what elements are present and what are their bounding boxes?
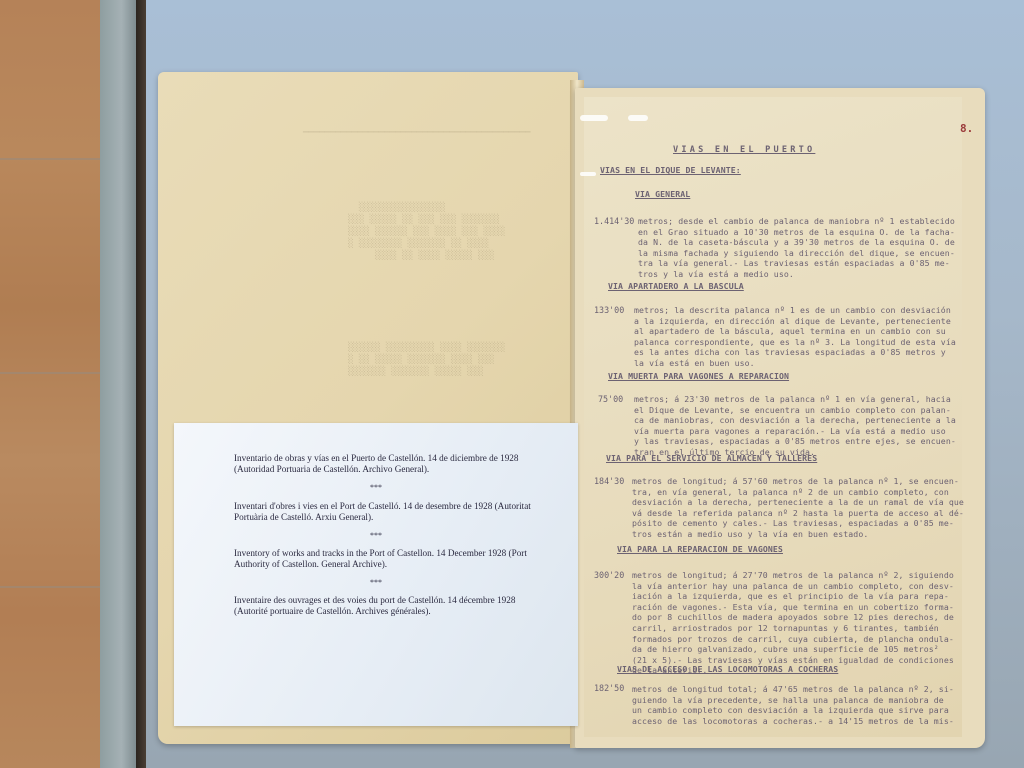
page-number: 8.	[960, 122, 973, 135]
label-catalan: Inventari d'obres i vies en el Port de C…	[234, 501, 534, 523]
floor-tiles	[0, 0, 100, 768]
tile-joint	[0, 586, 100, 588]
entry-length: 1.414'30	[594, 216, 634, 226]
entry-text: metros de longitud; á 57'60 metros de la…	[632, 476, 964, 540]
faded-typed-text: ░░░░░░ ░░░░░░░░░ ░░░░ ░░░░░░░ ░ ░░ ░░░░░…	[348, 342, 505, 378]
label-separator: ***	[174, 483, 578, 492]
glass-reflection	[580, 172, 596, 176]
entry-heading: VIA APARTADERO A LA BASCULA	[608, 281, 744, 292]
entry-text: metros de longitud total; á 47'65 metros…	[632, 684, 954, 726]
entry-text: metros; desde el cambio de palanca de ma…	[638, 216, 955, 280]
section-heading: VIAS EN EL DIQUE DE LEVANTE:	[600, 165, 741, 176]
tile-joint	[0, 372, 100, 374]
exhibit-label-card: Inventario de obras y vías en el Puerto …	[174, 423, 578, 726]
entry-length: 133'00	[594, 305, 624, 315]
document-title: VIAS EN EL PUERTO	[673, 145, 815, 156]
entry-length: 75'00	[598, 394, 623, 404]
tile-joint	[0, 158, 100, 160]
entry-heading: VIAS DE ACCESO DE LAS LOCOMOTORAS A COCH…	[617, 664, 838, 675]
entry-text: metros de longitud; á 27'70 metros de la…	[632, 570, 954, 676]
label-separator: ***	[174, 578, 578, 587]
entry-heading: VIA PARA LA REPARACION DE VAGONES	[617, 544, 783, 555]
entry-heading: VIA PARA EL SERVICIO DE ALMACEN Y TALLER…	[606, 453, 817, 464]
faded-table-text: ────────────────────────────────────────…	[303, 127, 531, 139]
glass-reflection	[580, 115, 608, 121]
display-case-edge	[136, 0, 146, 768]
entry-length: 300'20	[594, 570, 624, 580]
entry-text: metros; la descrita palanca nº 1 es de u…	[634, 305, 956, 369]
entry-length: 182'50	[594, 683, 624, 693]
label-separator: ***	[174, 531, 578, 540]
entry-text: metros; á 23'30 metros de la palanca nº …	[634, 394, 956, 458]
entry-heading: VIA GENERAL	[635, 189, 690, 200]
label-french: Inventaire des ouvrages et des voies du …	[234, 595, 534, 617]
label-english: Inventory of works and tracks in the Por…	[234, 548, 534, 570]
display-case-frame	[100, 0, 136, 768]
faded-typed-text: ░░░░░░░░░░░░░░░░ ░░░ ░░░░░ ░░ ░░░ ░░░ ░░…	[348, 202, 505, 262]
glass-reflection	[628, 115, 648, 121]
entry-heading: VIA MUERTA PARA VAGONES A REPARACION	[608, 371, 789, 382]
entry-length: 184'30	[594, 476, 624, 486]
label-spanish: Inventario de obras y vías en el Puerto …	[234, 453, 534, 475]
